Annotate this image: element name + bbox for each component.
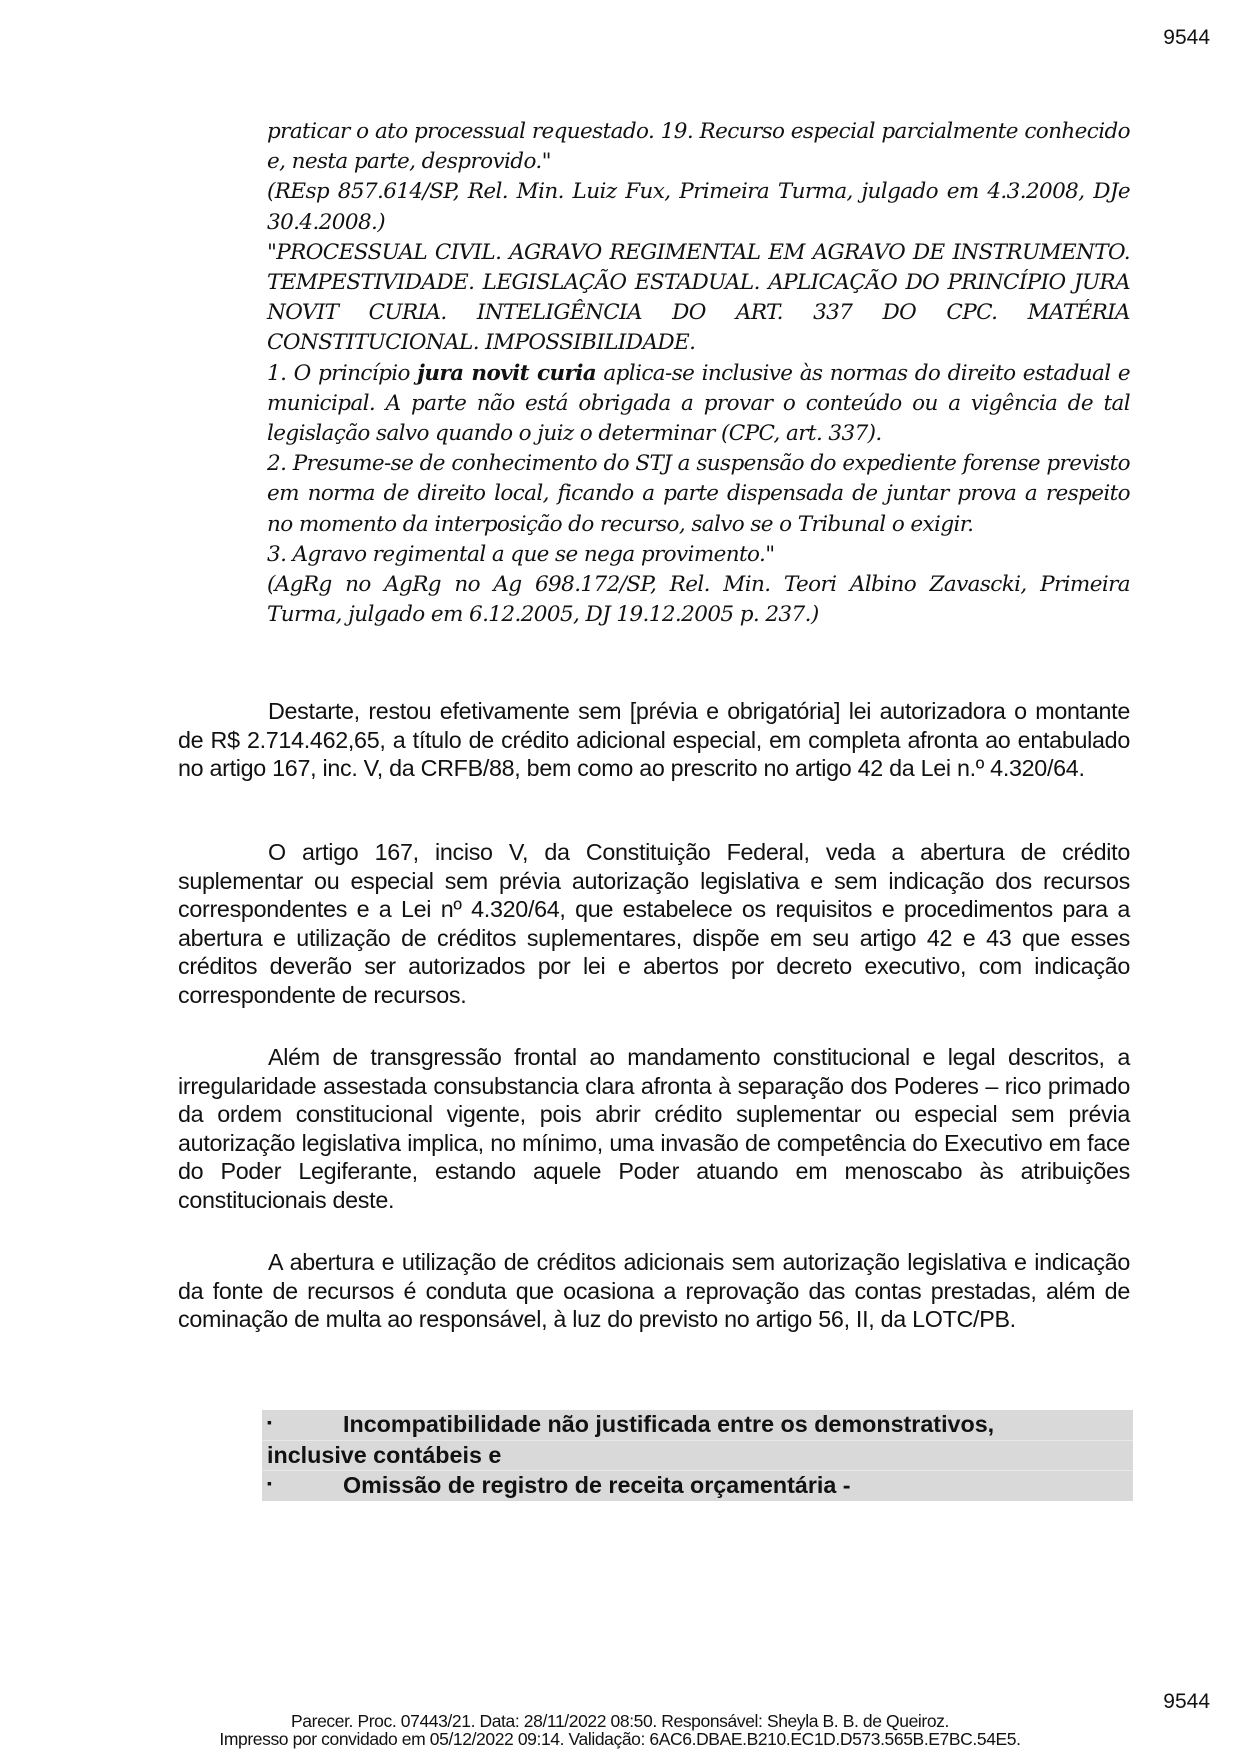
footer-line-2: Impresso por convidado em 05/12/2022 09:… — [0, 1729, 1240, 1750]
highlighted-section-heading: ▪Incompatibilidade não justificada entre… — [262, 1410, 1133, 1501]
heading-item-2: ▪Omissão de registro de receita orçament… — [262, 1471, 1133, 1501]
quote-text-a: praticar o ato processual requestado. 19… — [267, 117, 1130, 177]
body-paragraph-4: A abertura e utilização de créditos adic… — [178, 1248, 1130, 1334]
quote-item-1-bold: jura novit curia — [417, 361, 596, 386]
citation-a: (REsp 857.614/SP, Rel. Min. Luiz Fux, Pr… — [267, 177, 1130, 237]
citation-b: (AgRg no AgRg no Ag 698.172/SP, Rel. Min… — [267, 570, 1130, 630]
quote-item-1-prefix: 1. O princípio — [267, 361, 417, 386]
heading-item-1: ▪Incompatibilidade não justificada entre… — [262, 1410, 1133, 1441]
quote-item-1: 1. O princípio jura novit curia aplica-s… — [267, 359, 1130, 450]
square-bullet-icon: ▪ — [267, 1408, 343, 1437]
body-paragraph-3: Além de transgressão frontal ao mandamen… — [178, 1043, 1130, 1215]
paragraph-text: O artigo 167, inciso V, da Constituição … — [178, 838, 1130, 1010]
body-paragraph-2: O artigo 167, inciso V, da Constituição … — [178, 838, 1130, 1010]
paragraph-text: Além de transgressão frontal ao mandamen… — [178, 1043, 1130, 1215]
heading-item-1-line-1: Incompatibilidade não justificada entre … — [343, 1411, 994, 1437]
square-bullet-icon: ▪ — [267, 1469, 343, 1498]
quote-item-3: 3. Agravo regimental a que se nega provi… — [267, 540, 1130, 570]
paragraph-text: Destarte, restou efetivamente sem [prévi… — [178, 697, 1130, 783]
headnote: "PROCESSUAL CIVIL. AGRAVO REGIMENTAL EM … — [267, 238, 1130, 359]
paragraph-text: A abertura e utilização de créditos adic… — [178, 1248, 1130, 1334]
jurisprudence-quote: praticar o ato processual requestado. 19… — [267, 117, 1130, 630]
body-paragraph-1: Destarte, restou efetivamente sem [prévi… — [178, 697, 1130, 783]
quote-item-2: 2. Presume-se de conhecimento do STJ a s… — [267, 449, 1130, 540]
heading-item-1-continued: inclusive contábeis e — [262, 1441, 1133, 1471]
heading-item-2-text: Omissão de registro de receita orçamentá… — [343, 1472, 851, 1498]
heading-item-1-line-2: inclusive contábeis e — [267, 1442, 501, 1468]
page-number-top: 9544 — [1163, 26, 1210, 50]
